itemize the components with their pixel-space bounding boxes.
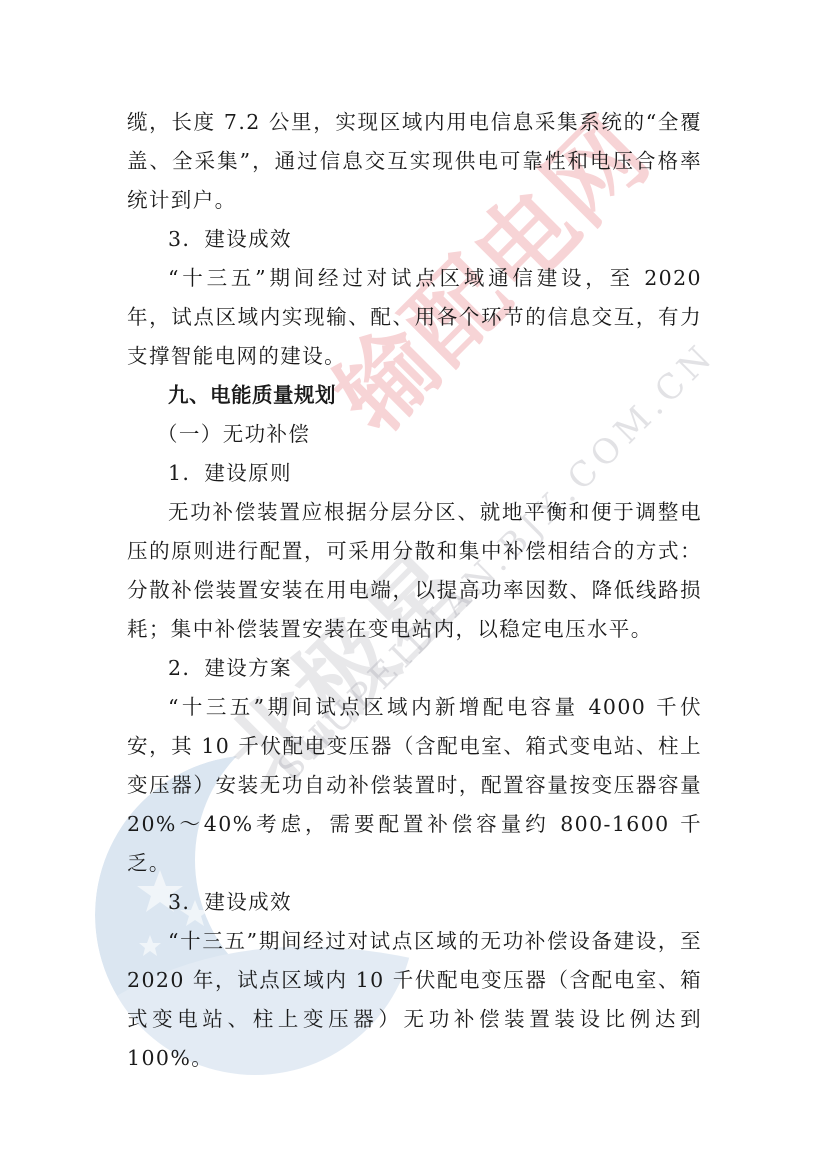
paragraph-plan: “十三五”期间试点区域内新增配电容量 4000 千伏安，其 10 千伏配电变压器… [127,688,702,883]
document-page: 输配电网 北极星 SHUPEIDIAN.BJX.COM.CN 缆，长度 7.2 … [0,0,827,1169]
section-heading-power-quality: 九、电能质量规划 [127,376,702,415]
subheading-results-2: 3．建设成效 [127,883,702,922]
paragraph-compensation-results: “十三五”期间经过对试点区域的无功补偿设备建设，至 2020 年，试点区域内 1… [127,922,702,1078]
subheading-principles: 1．建设原则 [127,454,702,493]
subheading-plan: 2．建设方案 [127,649,702,688]
subheading-results-1: 3．建设成效 [127,220,702,259]
document-body: 缆，长度 7.2 公里，实现区域内用电信息采集系统的“全覆盖、全采集”，通过信息… [127,103,702,1078]
paragraph-communication-results: “十三五”期间经过对试点区域通信建设，至 2020 年，试点区域内实现输、配、用… [127,259,702,376]
paragraph-principles: 无功补偿装置应根据分层分区、就地平衡和便于调整电压的原则进行配置，可采用分散和集… [127,493,702,649]
paragraph-continuation: 缆，长度 7.2 公里，实现区域内用电信息采集系统的“全覆盖、全采集”，通过信息… [127,103,702,220]
subsection-reactive-compensation: （一）无功补偿 [127,415,702,454]
